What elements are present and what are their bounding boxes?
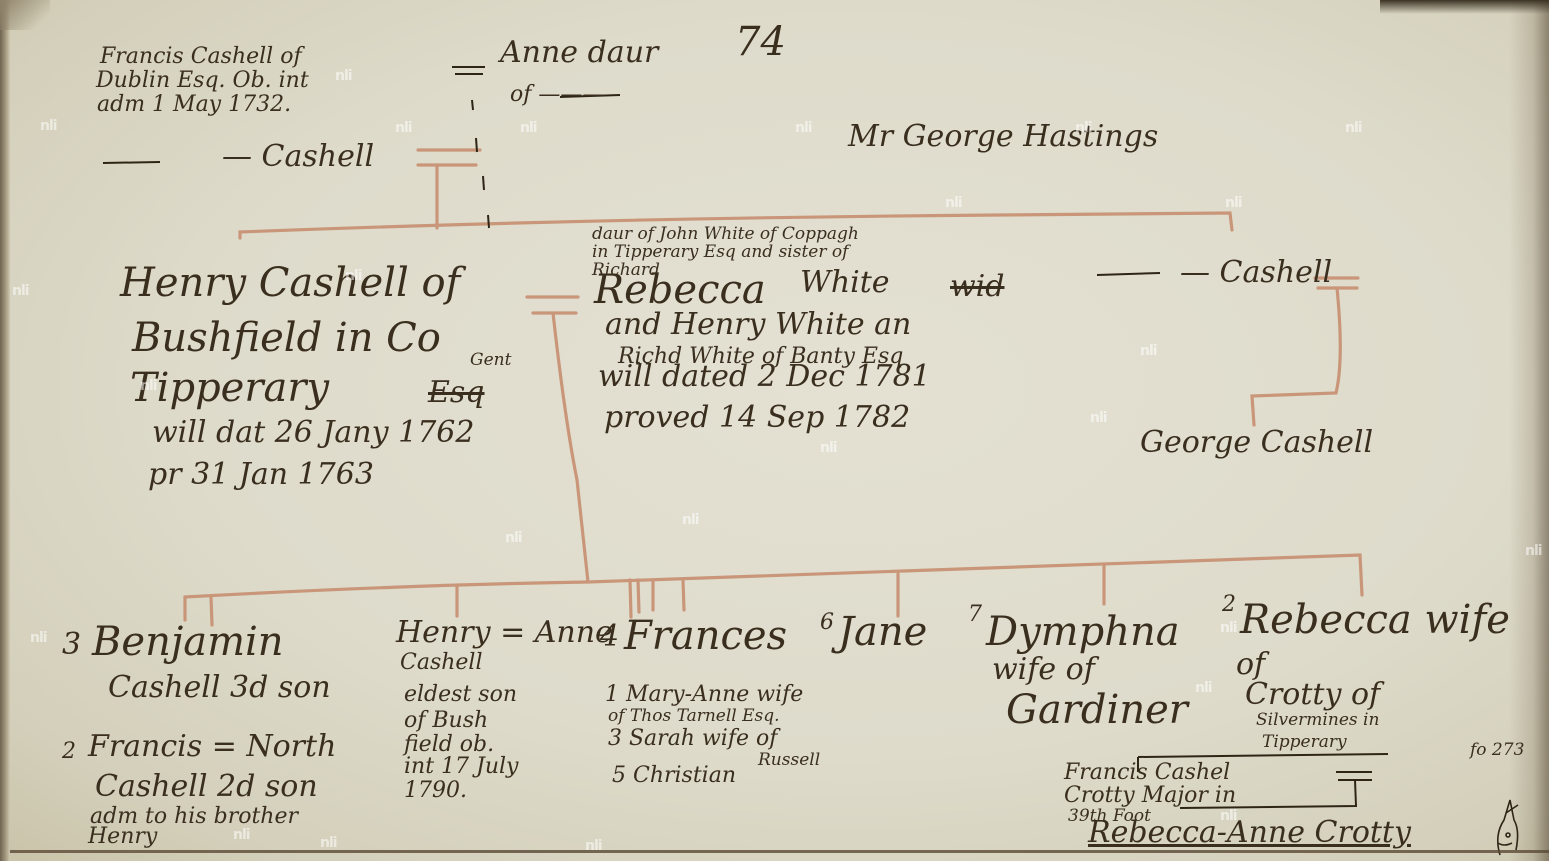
watermark-logo: nli [820,440,837,456]
child-dymphna-detail1: wife of [992,655,1095,685]
watermark-logo: nli [1090,410,1107,426]
francis-cashell-line2: Dublin Esq. Ob. int [96,70,309,92]
child-rebecca-detail4: Tipperary [1262,734,1347,751]
watermark-logo: nli [395,120,412,136]
watermark-logo: nli [1220,808,1237,824]
crotty-note-line2: Crotty Major in [1064,785,1236,807]
watermark-logo: nli [1195,680,1212,696]
watermark-logo: nli [233,827,250,843]
henry-struck-esq: Esq [428,378,485,408]
child-francis-detail1: Cashell 2d son [95,772,318,802]
watermark-logo: nli [1075,120,1092,136]
child-henry-detail4: field ob. [404,734,494,756]
watermark-logo: nli [40,118,57,134]
child-henry-detail5: int 17 July [404,756,518,778]
child-jane-num: 6 [820,612,834,634]
watermark-logo: nli [30,630,47,646]
watermark-logo: nli [140,378,157,394]
child-benjamin-name: Benjamin [92,622,284,662]
child-henry-detail2: eldest son [404,684,517,706]
watermark-logo: nli [585,838,602,854]
george-hastings-label: Mr George Hastings [848,122,1158,152]
watermark-logo: nli [320,835,337,851]
manuscript-page: 74 Francis Cashell of Dublin Esq. Ob. in… [0,0,1549,861]
cashell-parent-label: — Cashell [222,142,374,172]
watermark-logo: nli [945,195,962,211]
rebecca-note2: in Tipperary Esq and sister of [592,244,848,261]
child-dymphna-num: 7 [968,604,982,626]
anne-wife-line2: of ——— [510,84,604,106]
rebecca-will-date: will dated 2 Dec 1781 [598,362,931,392]
rebecca-note1: daur of John White of Coppagh [592,226,859,243]
rebecca-struck-wid: wid [950,272,1004,302]
child-frances-detail5: 5 Christian [612,765,736,787]
watermark-logo: nli [12,283,29,299]
child-frances-num: 4 [600,622,619,652]
henry-will-date: will dat 26 Jany 1762 [152,418,474,448]
watermark-logo: nli [1525,543,1542,559]
child-dymphna-name: Dymphna [986,612,1180,652]
henry-line3: Tipperary [130,368,329,408]
watermark-logo: nli [682,512,699,528]
child-frances-detail1: 1 Mary-Anne wife [605,684,803,706]
child-benjamin-detail: Cashell 3d son [108,673,331,703]
page-number: 74 [735,22,786,62]
watermark-logo: nli [1140,343,1157,359]
child-frances-name: Frances [624,616,787,656]
crotty-note-line4: Rebecca-Anne Crotty [1088,818,1411,848]
child-jane-name: Jane [838,612,927,652]
right-cashell-label: — Cashell [1180,258,1332,288]
child-henry-name: Henry = Anne [396,618,613,648]
george-cashell: George Cashell [1140,428,1373,458]
anne-wife-line1: Anne daur [500,38,658,68]
watermark-logo: nli [520,120,537,136]
crotty-note-line1: Francis Cashel [1064,762,1230,784]
henry-probate: pr 31 Jan 1763 [148,460,374,490]
child-francis-name: Francis = North [88,732,336,762]
bottom-rule-line [10,850,1549,853]
francis-cashell-line3: adm 1 May 1732. [97,94,291,116]
child-rebecca-detail2: Crotty of [1245,680,1380,710]
watermark-logo: nli [1220,620,1237,636]
child-rebecca-detail3: Silvermines in [1256,712,1379,729]
henry-line1: Henry Cashell of [120,263,460,303]
rebecca-probate: proved 14 Sep 1782 [604,403,910,433]
henry-correction-gent: Gent [470,352,511,369]
child-rebecca-num: 2 [1222,594,1236,616]
watermark-logo: nli [1225,195,1242,211]
francis-cashell-line1: Francis Cashell of [100,46,302,68]
child-francis-detail3: Henry [88,826,157,848]
watermark-logo: nli [1345,120,1362,136]
child-frances-detail4: Russell [758,752,820,769]
child-benjamin-num: 3 [62,630,81,660]
child-frances-detail2: of Thos Tarnell Esq. [608,708,780,725]
folio-reference: fo 273 [1470,742,1524,759]
rebecca-surname: White [800,268,890,298]
watermark-logo: nli [335,68,352,84]
watermark-logo: nli [505,530,522,546]
henry-line2: Bushfield in Co [132,318,441,358]
watermark-logo: nli [345,268,362,284]
child-rebecca-detail1: of [1236,650,1265,680]
child-dymphna-detail2: Gardiner [1006,690,1188,730]
child-frances-detail3: 3 Sarah wife of [608,728,777,750]
child-henry-detail1: Cashell [400,652,483,674]
child-francis-num: 2 [62,741,76,763]
child-henry-detail3: of Bush [404,710,488,732]
rebecca-line4: and Henry White an [605,310,911,340]
rebecca-name: Rebecca [594,270,766,310]
child-henry-detail6: 1790. [404,780,467,802]
watermark-logo: nli [795,120,812,136]
child-rebecca-name: Rebecca wife [1240,600,1510,640]
